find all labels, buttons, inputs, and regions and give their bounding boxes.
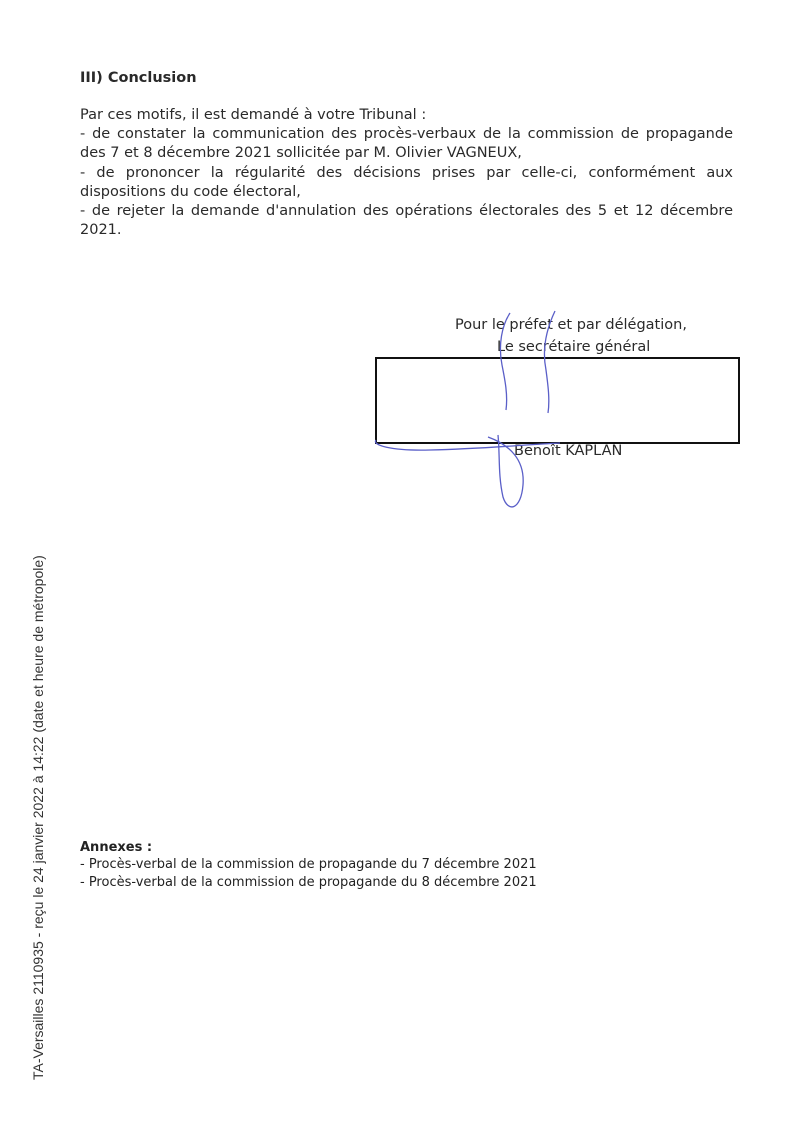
signature-delegation-line: Pour le préfet et par délégation, [455, 317, 687, 333]
annex-item: - Procès-verbal de la commission de prop… [80, 857, 537, 872]
redaction-box [375, 357, 740, 444]
conclusion-item: - de constater la communication des proc… [80, 125, 733, 163]
conclusion-intro: Par ces motifs, il est demandé à votre T… [80, 106, 733, 125]
signature-title-line: Le secrétaire général [497, 339, 650, 355]
signatory-name: Benoît KAPLAN [514, 443, 622, 459]
annex-item: - Procès-verbal de la commission de prop… [80, 875, 537, 890]
conclusion-item: - de prononcer la régularité des décisio… [80, 164, 733, 202]
court-receipt-stamp: TA-Versailles 2110935 - reçu le 24 janvi… [30, 555, 46, 1080]
conclusion-body: Par ces motifs, il est demandé à votre T… [80, 106, 733, 240]
conclusion-heading: III) Conclusion [80, 70, 197, 86]
annexes-title: Annexes : [80, 840, 152, 855]
conclusion-item: - de rejeter la demande d'annulation des… [80, 202, 733, 240]
